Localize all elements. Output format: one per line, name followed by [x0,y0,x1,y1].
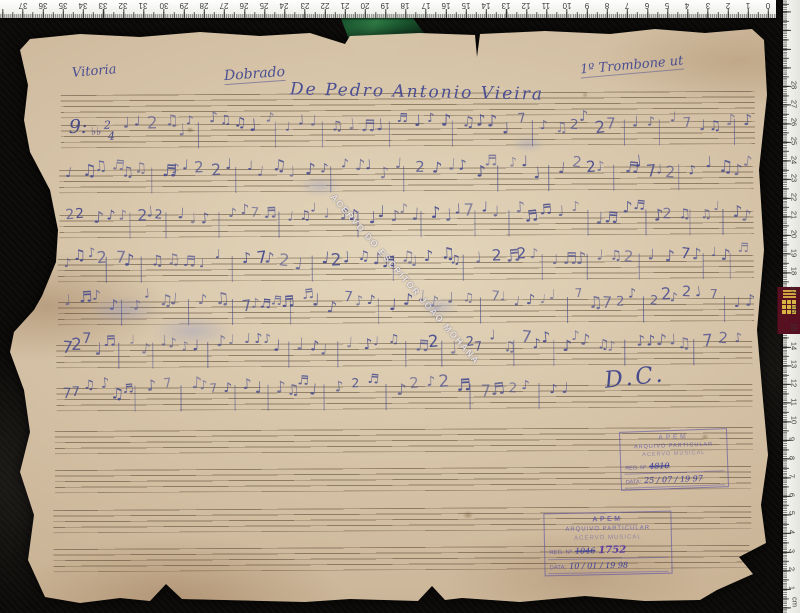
note-glyph: ♩ [713,201,720,214]
barline [232,256,233,282]
note-glyph: ♬ [737,242,749,255]
note-glyph: ♪ [123,251,134,268]
ink-smudge [150,316,234,346]
note-glyph: ♩ [551,254,558,268]
barline [724,296,725,322]
reg-value-struck: 4810 [649,460,670,472]
note-glyph: ♩ [501,121,509,137]
note-glyph: ♩ [287,165,295,180]
barline [218,212,219,238]
right-ruler-number: 14 [790,342,799,350]
barline [166,212,167,238]
note-glyph: ♫ [72,248,85,263]
barline [151,168,152,194]
note-glyph: ♪ [572,330,581,343]
barline [690,209,691,235]
note-glyph: 7 [82,332,91,347]
top-ruler-number: 31 [139,1,148,10]
top-ruler-number: 35 [58,1,67,10]
note-glyph: ♪ [366,294,376,308]
note-glyph: 7 [680,245,691,261]
note-glyph: 2 [409,375,420,391]
right-ruler-number: 8 [788,456,797,460]
top-ruler-number: 0 [766,1,770,10]
right-ruler-number: 25 [790,137,799,145]
note-glyph: ♪ [571,200,581,214]
barline [693,339,694,365]
barline [130,213,131,239]
right-ruler-number: 11 [789,398,798,406]
note-glyph: ♩ [63,292,71,308]
archive-stamp-2: APEM ARQUIVO PARTICULAR ACERVO MUSICAL R… [543,511,672,576]
right-ruler-number: 9 [788,437,797,441]
ruler-unit-label: cm [791,597,800,607]
note-glyph: ♩ [473,250,482,266]
note-glyph: 2 [717,330,728,346]
top-ruler-number: 36 [38,1,47,10]
note-glyph: ♩ [704,156,712,171]
note-glyph: 2 [193,160,203,176]
top-ruler-number: 27 [220,1,229,10]
date-value: 10 / 01 / 19 98 [569,560,628,573]
note-glyph: ♫ [587,295,603,312]
note-glyph: ♬ [182,255,196,271]
right-ruler-number: 28 [790,81,799,89]
note-glyph: ♩ [444,207,453,224]
ink-smudge [420,298,458,316]
note-glyph: ♪ [200,212,211,228]
top-ruler-number: 4 [685,1,689,10]
note-glyph: ♫ [555,120,569,135]
note-glyph: ♫ [717,158,733,175]
right-ruler: cm 2827262524232221201918171615141312111… [783,0,800,613]
barline [538,383,539,409]
note-glyph: ♪ [622,199,633,215]
barline [389,121,390,147]
note-glyph: ♬ [539,202,553,217]
note-glyph: ♩ [733,297,740,311]
note-glyph: ♩ [389,297,397,313]
note-glyph: ♩ [309,115,316,130]
note-glyph: ♪ [458,160,468,175]
note-glyph: ♩ [133,115,140,129]
right-ruler-number: 6 [788,493,797,497]
top-ruler-number: 13 [502,1,511,10]
note-glyph: ♩ [669,333,677,348]
note-glyph: ♪ [197,293,207,308]
date-label: DATA: [626,479,642,488]
note-glyph: ♫ [93,159,107,175]
note-glyph: 7 [710,288,718,300]
note-glyph: ♪ [529,248,538,262]
note-glyph: ♪ [223,382,232,396]
note-glyph: ♬ [524,208,540,225]
note-glyph: 2 [427,333,439,350]
top-ruler-number: 12 [522,1,531,10]
top-ruler-number: 6 [645,1,649,10]
note-glyph: ♪ [242,378,252,393]
barline [135,386,136,412]
note-glyph: 2 [438,373,450,390]
barline [678,164,679,190]
barline [624,120,625,146]
note-glyph: 2 [508,382,517,396]
note-glyph: ♪ [100,377,111,392]
note-glyph: ♪ [579,109,589,124]
barline [542,254,543,280]
right-ruler-number: 16 [790,304,799,312]
note-glyph: ♫ [462,292,474,305]
barline [338,341,339,367]
note-glyph: 2 [71,336,82,353]
top-ruler-number: 14 [481,1,490,10]
note-glyph: ♩ [321,250,330,267]
note-glyph: 2 [491,248,501,264]
ink-smudge [88,296,158,324]
note-glyph: ♩ [558,161,566,177]
note-glyph: ♩ [595,211,603,228]
barline [587,210,588,236]
note-glyph: ♫ [215,290,231,308]
barline [275,122,276,148]
barline [118,343,119,369]
manuscript-photo: 9: ♭♭ 2 4 D.C. ♩♩2♫♩♪♪♫♫♩♪♩♩♩♫♩♬♩♬♩♪♪♫♪♪… [0,0,800,613]
note-glyph: ♬ [297,375,309,389]
right-ruler-number: 15 [790,323,799,331]
top-ruler-number: 25 [260,1,269,10]
top-ruler-number: 33 [99,1,108,10]
barline [441,341,442,367]
note-glyph: ♩ [342,250,351,266]
note-glyph: ♫ [677,336,691,352]
top-ruler-number: 19 [381,1,390,10]
note-glyph: ♩ [492,205,499,220]
note-glyph: ♪ [550,384,558,397]
note-glyph: ♫ [150,255,164,270]
barline [702,253,703,279]
note-glyph: ♪ [607,340,616,354]
note-glyph: ♪ [199,379,208,392]
right-ruler-number: 20 [790,230,799,238]
ink-smudge [298,176,342,196]
note-glyph: ♪ [430,204,441,221]
barline [508,210,509,236]
barline [141,257,142,283]
right-ruler-number: 12 [790,379,799,387]
barline [643,297,644,323]
top-ruler-number: 11 [542,1,550,10]
barline [279,212,280,238]
note-glyph: ♩ [248,160,254,172]
note-glyph: 7 [575,286,584,299]
top-ruler-number: 17 [421,1,430,10]
note-glyph: ♩ [410,255,418,270]
note-glyph: ♩ [93,340,102,357]
reg-label: REG. Nº [549,548,572,557]
note-glyph: ♪ [664,248,674,264]
note-glyph: ♩ [454,204,461,218]
barline [548,165,549,191]
note-glyph: ♩ [376,117,385,134]
barline [645,209,646,235]
note-glyph: 7 [606,117,616,133]
barline [613,165,614,191]
note-glyph: ♩ [189,212,197,227]
date-value: 25 / 07 / 19 97 [644,473,703,487]
note-glyph: ♫ [330,120,343,134]
note-glyph: ♪ [399,203,408,217]
note-glyph: ♬ [604,210,619,227]
top-ruler-number: 20 [361,1,370,10]
top-ruler-number: 37 [18,1,27,10]
note-glyph: ♪ [426,376,435,390]
note-glyph: ♪ [646,116,654,129]
note-glyph: ♩ [698,119,706,134]
note-glyph: ♩ [308,382,317,398]
note-glyph: 7 [250,206,259,220]
note-glyph: ♪ [264,250,275,266]
note-glyph: ♪ [745,293,756,309]
note-glyph: ♪ [487,113,498,130]
note-glyph: ♪ [575,250,587,267]
note-glyph: ♪ [476,112,487,128]
note-glyph: ♫ [357,250,370,264]
top-ruler-number: 5 [665,1,669,10]
note-glyph: ♩ [312,292,320,309]
note-glyph: ♩ [562,381,569,396]
note-glyph: ♪ [646,334,656,349]
note-glyph: ♪ [733,332,743,346]
note-glyph: 2 [146,114,157,131]
top-ruler-number: 34 [78,1,87,10]
note-glyph: ♩ [513,295,520,308]
note-glyph: ♩ [500,290,506,302]
note-glyph: ♪ [186,114,194,126]
note-glyph: ♪ [424,249,434,264]
note-glyph: ♬ [367,373,380,387]
note-glyph: 2 [75,208,85,222]
barline [513,340,514,366]
barline [288,342,289,368]
note-glyph: ♫ [233,116,247,131]
barline [208,342,209,368]
top-ruler-number: 28 [199,1,208,10]
date-label: DATA: [549,564,566,573]
note-glyph: ♫ [610,250,623,264]
note-glyph: ♪ [532,338,542,352]
note-glyph: ♪ [334,380,345,395]
note-glyph: 2 [331,251,342,268]
barline [553,340,554,366]
note-glyph: ♫ [134,161,147,176]
barline [734,119,735,145]
reg-label: REG. Nº [625,465,646,474]
note-glyph: ♩ [214,248,220,261]
note-glyph: ♪ [310,339,320,354]
note-glyph: ♪ [320,164,329,177]
note-glyph: ♩ [310,202,316,215]
note-glyph: ♩ [320,342,328,357]
note-glyph: ♪ [263,333,272,346]
note-glyph: ♩ [254,380,262,396]
note-glyph: ♫ [450,253,461,266]
note-glyph: ♫ [700,208,712,221]
top-ruler-number: 21 [340,1,349,10]
note-glyph: 2 [663,208,672,223]
note-glyph: 7 [490,290,500,304]
right-ruler-number: 10 [790,416,799,424]
note-glyph: ♪ [431,160,442,176]
barline [480,298,481,324]
note-glyph: ♪ [441,113,452,130]
note-glyph: ♪ [64,257,72,269]
note-glyph: ♬ [361,118,376,134]
barline [290,299,291,325]
note-glyph: ♪ [540,330,551,346]
note-glyph: ♫ [299,211,311,224]
note-glyph: ♩ [347,117,356,133]
top-ruler-number: 23 [300,1,309,10]
note-glyph: ♪ [119,210,128,224]
stamp-date-row: DATA: 25 / 07 / 19 97 [625,471,725,488]
barline [236,167,237,193]
note-glyph: 2 [623,250,634,266]
note-glyph: ♪ [146,378,157,394]
top-ruler-number: 15 [461,1,470,10]
note-glyph: ♫ [461,115,475,130]
note-glyph: 2 [210,162,221,179]
note-glyph: ♪ [354,295,364,310]
note-glyph: 7 [71,386,79,399]
barline [234,385,235,411]
note-glyph: ♩ [710,246,717,259]
note-glyph: ♪ [241,251,252,267]
note-glyph: 2 [415,160,425,175]
note-glyph: ♩ [596,249,604,264]
reg-value-struck: 1046 [575,545,596,557]
note-glyph: ♪ [93,209,104,226]
note-glyph: ♩ [273,339,281,355]
note-glyph: ♪ [526,293,536,308]
note-glyph: ♩ [285,121,291,133]
note-glyph: ♩ [298,115,305,129]
note-glyph: ♩ [182,159,189,173]
note-glyph: ♩ [170,291,179,308]
note-glyph: 7 [62,387,71,401]
paper-wrap: 9: ♭♭ 2 4 D.C. ♩♩2♫♩♪♪♫♫♩♪♩♩♩♫♩♬♩♬♩♪♪♫♪♪… [0,0,800,613]
note-glyph: 2 [351,377,359,390]
note-glyph: ♩ [129,333,135,345]
note-glyph: ♩ [373,335,379,347]
note-glyph: ♫ [166,253,180,269]
barline [469,384,470,410]
top-ruler-number: 24 [280,1,289,10]
note-glyph: ♩ [225,158,232,173]
top-ruler-number: 30 [159,1,168,10]
note-glyph: ♬ [263,206,277,221]
barline [232,299,233,325]
note-glyph: ♩ [368,210,376,227]
barline [403,166,404,192]
note-glyph: ♩ [648,248,656,263]
note-glyph: ♩ [244,333,251,347]
top-ruler-number: 18 [401,1,410,10]
barline [722,209,723,235]
note-glyph: ♪ [171,163,181,177]
note-glyph: ♩ [395,157,403,172]
archive-stamp-1: APEM ARQUIVO PARTICULAR ACERVO MUSICAL R… [619,428,729,491]
top-ruler-number: 2 [726,1,730,10]
note-glyph: ♪ [688,164,697,177]
barline [729,253,730,279]
right-ruler-number: 27 [790,99,799,107]
barline [498,165,499,191]
note-glyph: 2 [681,285,691,300]
note-glyph: ♩ [177,207,185,222]
note-glyph: ♪ [670,291,678,304]
note-glyph: ♩ [489,330,496,344]
top-ruler: 3736353433323130292827262524232221201918… [0,0,776,18]
note-glyph: ♩ [632,115,639,130]
note-glyph: ♪ [362,337,373,353]
note-glyph: ♩ [557,205,564,220]
note-glyph: ♪ [326,299,338,316]
barline [322,121,323,147]
barline [586,254,587,280]
note-glyph: ♩ [123,117,130,132]
note-glyph: ♫ [219,114,232,128]
note-glyph: ♬ [490,380,506,398]
note-glyph: ♩ [198,257,205,269]
note-glyph: ♪ [209,111,220,126]
note-glyph: ♪ [396,382,406,398]
note-glyph: ♪ [509,157,518,170]
right-ruler-number: 26 [790,118,799,126]
barline [405,341,406,367]
note-glyph: ♪ [742,113,753,129]
note-glyph: ♬ [102,334,116,349]
note-glyph: 7 [344,290,354,305]
top-ruler-number: 1 [746,1,750,10]
barline [153,343,154,369]
barline [421,211,422,237]
note-glyph: 7 [683,117,693,132]
note-glyph: 7 [602,295,613,311]
note-glyph: ♩ [248,117,257,134]
barline [312,256,313,282]
barline [639,254,640,280]
barline [474,211,475,237]
right-ruler-number: 23 [790,174,799,182]
right-ruler-number: 21 [790,211,799,219]
right-ruler-number: 3 [788,549,797,553]
note-glyph: ♪ [580,332,591,348]
top-ruler-number: 9 [584,1,588,10]
top-ruler-number: 29 [179,1,188,10]
barline [323,384,324,410]
note-glyph: ♫ [708,120,721,134]
note-glyph: ♪ [253,332,262,346]
note-glyph: 2 [665,164,676,180]
note-glyph: ♩ [694,285,702,299]
right-ruler-number: 18 [790,267,799,275]
note-glyph: ♪ [105,209,115,223]
note-glyph: ♩ [323,207,330,221]
note-glyph: ♬ [484,155,497,170]
note-glyph: ♩ [655,164,662,177]
barline [385,384,386,410]
note-glyph: ♪ [426,111,435,124]
